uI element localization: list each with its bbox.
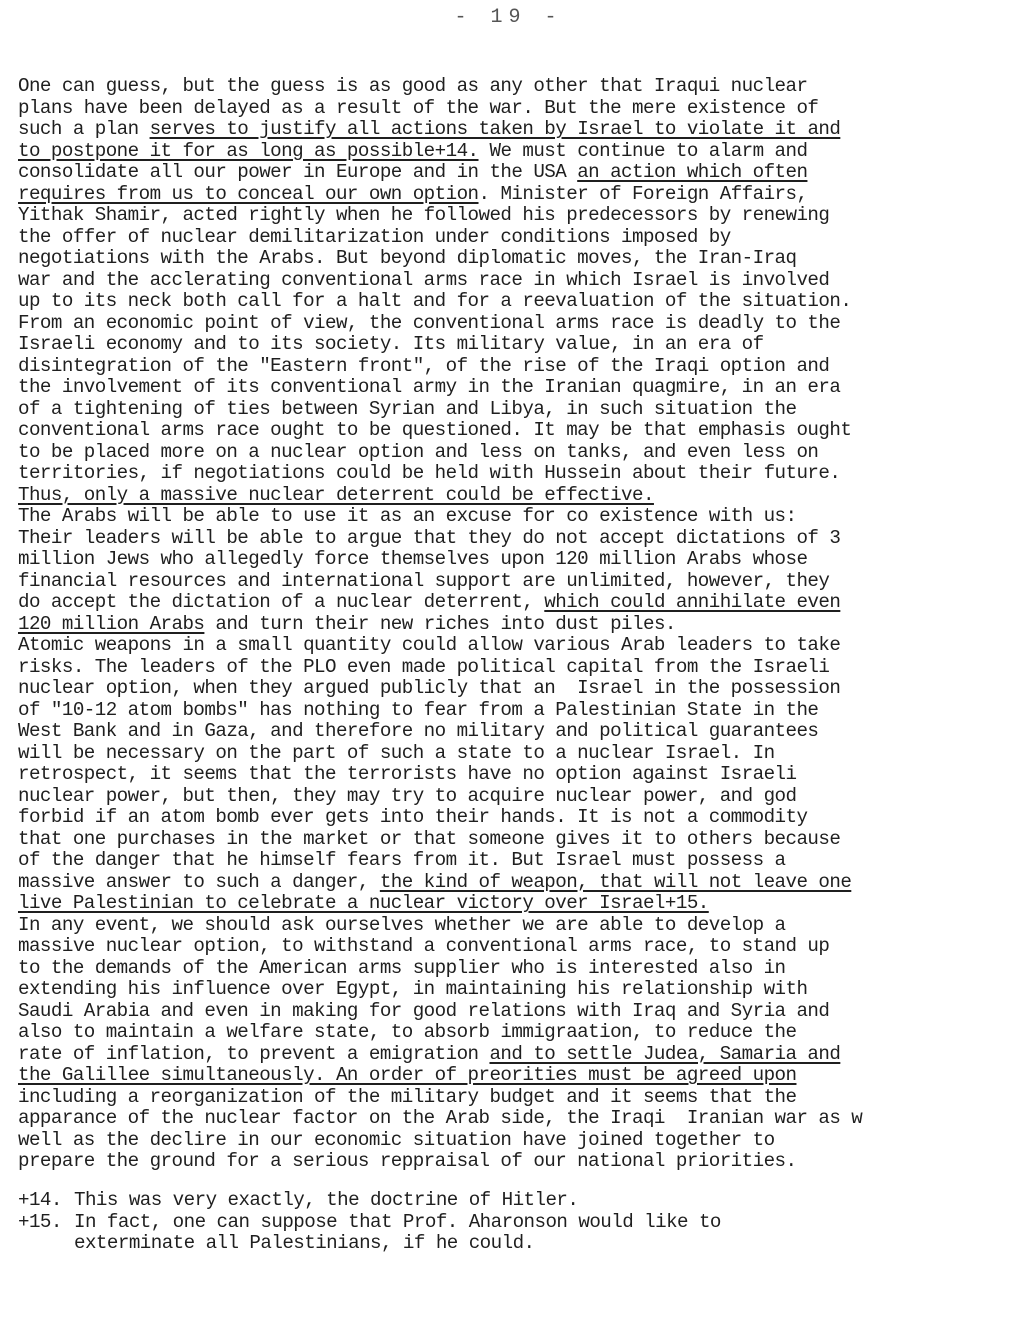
footnote-marker: +15. xyxy=(18,1212,74,1234)
underlined-text: an action which often xyxy=(577,161,807,183)
text-line: rate of inflation, to prevent a emigrati… xyxy=(18,1044,1017,1066)
text-line: nuclear power, but then, they may try to… xyxy=(18,786,1017,808)
text-segment: territories, if negotiations could be he… xyxy=(18,462,840,484)
text-segment: such a plan xyxy=(18,118,150,140)
text-segment: The Arabs will be able to use it as an e… xyxy=(18,505,796,527)
text-segment: forbid if an atom bomb ever gets into th… xyxy=(18,806,807,828)
text-segment: do accept the dictation of a nuclear det… xyxy=(18,591,544,613)
text-segment: and turn their new riches into dust pile… xyxy=(204,613,675,635)
text-line: apparance of the nuclear factor on the A… xyxy=(18,1108,1017,1130)
text-line: the offer of nuclear demilitarization un… xyxy=(18,227,1017,249)
text-line: 120 million Arabs and turn their new ric… xyxy=(18,614,1017,636)
footnote: +14.This was very exactly, the doctrine … xyxy=(18,1190,1017,1212)
text-segment: rate of inflation, to prevent a emigrati… xyxy=(18,1043,489,1065)
text-line: requires from us to conceal our own opti… xyxy=(18,184,1017,206)
text-line: massive answer to such a danger, the kin… xyxy=(18,872,1017,894)
underlined-text: live Palestinian to celebrate a nuclear … xyxy=(18,892,709,914)
text-line: One can guess, but the guess is as good … xyxy=(18,76,1017,98)
text-segment: Yithak Shamir, acted rightly when he fol… xyxy=(18,204,829,226)
text-line: The Arabs will be able to use it as an e… xyxy=(18,506,1017,528)
text-segment: also to maintain a welfare state, to abs… xyxy=(18,1021,796,1043)
text-segment: Their leaders will be able to argue that… xyxy=(18,527,840,549)
underlined-text: the Galillee simultaneously. An order of… xyxy=(18,1064,796,1086)
text-segment: to be placed more on a nuclear option an… xyxy=(18,441,818,463)
text-segment: up to its neck both call for a halt and … xyxy=(18,290,851,312)
text-segment: Atomic weapons in a small quantity could… xyxy=(18,634,840,656)
text-segment: will be necessary on the part of such a … xyxy=(18,742,775,764)
text-segment: plans have been delayed as a result of t… xyxy=(18,97,818,119)
text-segment: We must continue to alarm and xyxy=(479,140,808,162)
underlined-text: the kind of weapon, that will not leave … xyxy=(380,871,851,893)
text-segment: the involvement of its conventional army… xyxy=(18,376,840,398)
text-segment: Saudi Arabia and even in making for good… xyxy=(18,1000,829,1022)
text-line: risks. The leaders of the PLO even made … xyxy=(18,657,1017,679)
text-line: million Jews who allegedly force themsel… xyxy=(18,549,1017,571)
text-line: In any event, we should ask ourselves wh… xyxy=(18,915,1017,937)
text-segment: disintegration of the "Eastern front", o… xyxy=(18,355,829,377)
text-line: financial resources and international su… xyxy=(18,571,1017,593)
footnotes: +14.This was very exactly, the doctrine … xyxy=(18,1190,1017,1255)
text-segment: nuclear power, but then, they may try to… xyxy=(18,785,796,807)
underlined-text: and to settle Judea, Samaria and xyxy=(489,1043,840,1065)
text-line: live Palestinian to celebrate a nuclear … xyxy=(18,893,1017,915)
underlined-text: requires from us to conceal our own opti… xyxy=(18,183,479,205)
text-line: do accept the dictation of a nuclear det… xyxy=(18,592,1017,614)
text-segment: the offer of nuclear demilitarization un… xyxy=(18,226,731,248)
text-segment: extending his influence over Egypt, in m… xyxy=(18,978,807,1000)
footnote-marker xyxy=(18,1233,74,1255)
text-line: to postpone it for as long as possible+1… xyxy=(18,141,1017,163)
text-segment: that one purchases in the market or that… xyxy=(18,828,840,850)
text-segment: to the demands of the American arms supp… xyxy=(18,957,786,979)
text-line: nuclear option, when they argued publicl… xyxy=(18,678,1017,700)
text-segment: retrospect, it seems that the terrorists… xyxy=(18,763,796,785)
text-line: Yithak Shamir, acted rightly when he fol… xyxy=(18,205,1017,227)
text-line: well as the declire in our economic situ… xyxy=(18,1130,1017,1152)
text-segment: nuclear option, when they argued publicl… xyxy=(18,677,840,699)
text-segment: massive answer to such a danger, xyxy=(18,871,380,893)
footnote: exterminate all Palestinians, if he coul… xyxy=(18,1233,1017,1255)
text-segment: apparance of the nuclear factor on the A… xyxy=(18,1107,862,1129)
text-line: also to maintain a welfare state, to abs… xyxy=(18,1022,1017,1044)
text-line: conventional arms race ought to be quest… xyxy=(18,420,1017,442)
footnote-text: This was very exactly, the doctrine of H… xyxy=(74,1190,578,1212)
text-line: war and the acclerating conventional arm… xyxy=(18,270,1017,292)
text-segment: risks. The leaders of the PLO even made … xyxy=(18,656,829,678)
underlined-text: 120 million Arabs xyxy=(18,613,204,635)
text-line: From an economic point of view, the conv… xyxy=(18,313,1017,335)
text-line: the Galillee simultaneously. An order of… xyxy=(18,1065,1017,1087)
text-line: negotiations with the Arabs. But beyond … xyxy=(18,248,1017,270)
text-segment: well as the declire in our economic situ… xyxy=(18,1129,775,1151)
footnote: +15.In fact, one can suppose that Prof. … xyxy=(18,1212,1017,1234)
footnote-marker: +14. xyxy=(18,1190,74,1212)
text-line: Atomic weapons in a small quantity could… xyxy=(18,635,1017,657)
underlined-text: to postpone it for as long as possible+1… xyxy=(18,140,479,162)
text-line: up to its neck both call for a halt and … xyxy=(18,291,1017,313)
text-line: Their leaders will be able to argue that… xyxy=(18,528,1017,550)
text-segment: financial resources and international su… xyxy=(18,570,829,592)
text-segment: prepare the ground for a serious repprai… xyxy=(18,1150,796,1172)
text-line: retrospect, it seems that the terrorists… xyxy=(18,764,1017,786)
text-segment: One can guess, but the guess is as good … xyxy=(18,75,807,97)
text-line: to the demands of the American arms supp… xyxy=(18,958,1017,980)
text-line: Saudi Arabia and even in making for good… xyxy=(18,1001,1017,1023)
text-segment: of a tightening of ties between Syrian a… xyxy=(18,398,796,420)
text-line: territories, if negotiations could be he… xyxy=(18,463,1017,485)
text-line: of "10-12 atom bombs" has nothing to fea… xyxy=(18,700,1017,722)
footnote-text: exterminate all Palestinians, if he coul… xyxy=(74,1233,535,1255)
text-segment: Israeli economy and to its society. Its … xyxy=(18,333,764,355)
text-line: extending his influence over Egypt, in m… xyxy=(18,979,1017,1001)
text-segment: West Bank and in Gaza, and therefore no … xyxy=(18,720,818,742)
text-segment: million Jews who allegedly force themsel… xyxy=(18,548,807,570)
text-segment: of "10-12 atom bombs" has nothing to fea… xyxy=(18,699,818,721)
underlined-text: serves to justify all actions taken by I… xyxy=(150,118,841,140)
text-segment: consolidate all our power in Europe and … xyxy=(18,161,577,183)
text-line: will be necessary on the part of such a … xyxy=(18,743,1017,765)
underlined-text: which could annihilate even xyxy=(544,591,840,613)
body-text: One can guess, but the guess is as good … xyxy=(18,76,1017,1173)
text-segment: From an economic point of view, the conv… xyxy=(18,312,840,334)
text-segment: negotiations with the Arabs. But beyond … xyxy=(18,247,796,269)
text-segment: of the danger that he himself fears from… xyxy=(18,849,786,871)
text-segment: including a reorganization of the milita… xyxy=(18,1086,796,1108)
page-number: - 19 - xyxy=(0,6,1017,29)
footnote-text: In fact, one can suppose that Prof. Ahar… xyxy=(74,1212,721,1234)
text-line: disintegration of the "Eastern front", o… xyxy=(18,356,1017,378)
text-line: such a plan serves to justify all action… xyxy=(18,119,1017,141)
text-line: the involvement of its conventional army… xyxy=(18,377,1017,399)
text-line: prepare the ground for a serious repprai… xyxy=(18,1151,1017,1173)
text-line: including a reorganization of the milita… xyxy=(18,1087,1017,1109)
text-line: plans have been delayed as a result of t… xyxy=(18,98,1017,120)
text-line: Israeli economy and to its society. Its … xyxy=(18,334,1017,356)
text-line: that one purchases in the market or that… xyxy=(18,829,1017,851)
text-line: consolidate all our power in Europe and … xyxy=(18,162,1017,184)
text-line: Thus, only a massive nuclear deterrent c… xyxy=(18,485,1017,507)
underlined-text: Thus, only a massive nuclear deterrent c… xyxy=(18,484,654,506)
text-line: to be placed more on a nuclear option an… xyxy=(18,442,1017,464)
text-line: of the danger that he himself fears from… xyxy=(18,850,1017,872)
text-segment: conventional arms race ought to be quest… xyxy=(18,419,851,441)
text-line: of a tightening of ties between Syrian a… xyxy=(18,399,1017,421)
text-line: forbid if an atom bomb ever gets into th… xyxy=(18,807,1017,829)
text-segment: war and the acclerating conventional arm… xyxy=(18,269,829,291)
text-line: West Bank and in Gaza, and therefore no … xyxy=(18,721,1017,743)
text-segment: . Minister of Foreign Affairs, xyxy=(479,183,808,205)
text-line: massive nuclear option, to withstand a c… xyxy=(18,936,1017,958)
text-segment: massive nuclear option, to withstand a c… xyxy=(18,935,829,957)
text-segment: In any event, we should ask ourselves wh… xyxy=(18,914,786,936)
